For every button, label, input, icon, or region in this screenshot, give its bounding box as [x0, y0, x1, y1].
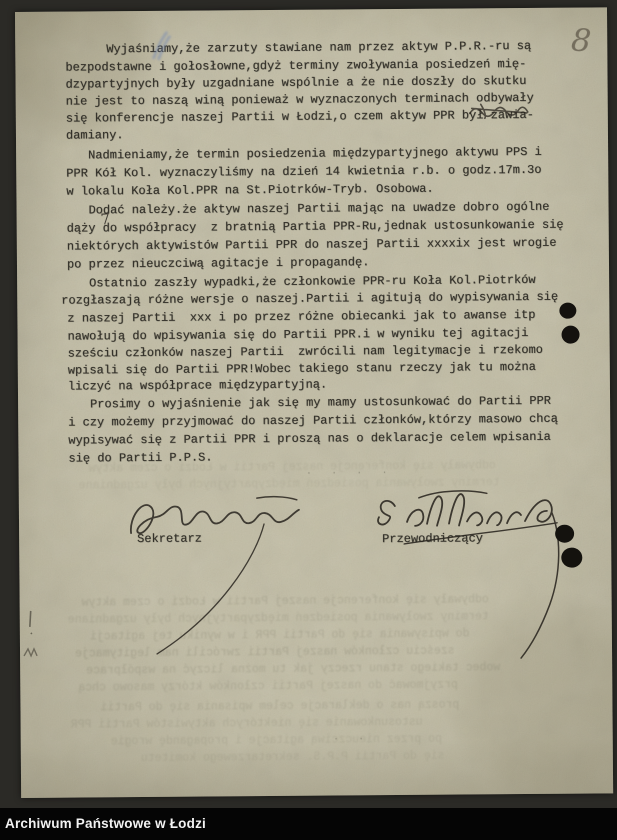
document-page: odbywały się konferencje naszej Partii w…: [15, 7, 613, 798]
bleedthrough-line: ustosunkowanie się niektórych aktywistów…: [71, 716, 423, 732]
hole-punch-dot: [559, 303, 576, 319]
archive-scan-background: odbywały się konferencje naszej Partii w…: [0, 0, 617, 840]
typed-line: z naszej Partii xxx i po przez różne obi…: [67, 308, 535, 326]
margin-pencil-mark: [25, 609, 41, 639]
hole-punch-dot: [561, 326, 579, 344]
handwritten-page-number: 8: [570, 22, 607, 61]
margin-pencil-mark: [22, 646, 40, 660]
archive-name-label: Archiwum Państwowe w Łodzi: [5, 816, 206, 831]
blue-pencil-mark: [146, 29, 174, 63]
handwritten-correction-seven: 7: [100, 210, 111, 229]
faint-dots-row: . . . .: [306, 465, 394, 478]
typed-line: się do Partii P.P.S.: [68, 450, 212, 465]
chairman-role-label: Przewodniczący: [382, 531, 483, 546]
signature-secretary-handwriting: [109, 486, 320, 678]
bleedthrough-line: po przez nieuczciwą agitacje i propagand…: [111, 733, 442, 749]
typed-line: sześciu członków naszej Partii zwrócili …: [68, 343, 543, 361]
bleedthrough-text: odbywały się konferencje naszej Partii w…: [15, 7, 607, 12]
typed-line: liczyć na współprace międzypartyjną.: [68, 378, 327, 394]
faint-dots-row: . .: [333, 731, 371, 743]
secretary-role-label: Sekretarz: [137, 532, 202, 547]
handwritten-overstrike-mark: [467, 100, 533, 121]
typed-line: Ostatnio zaszły wypadki,że członkowie PP…: [89, 273, 536, 291]
typed-line: niektórych aktywistów Partii PPR do nasz…: [67, 236, 557, 254]
typed-line: PPR Kół Kol. wyznaczyliśmy na dzień 14 k…: [66, 163, 541, 181]
typed-line: nawołują do wpisywania się do Partii PPR…: [67, 326, 528, 344]
signature-chairman-handwriting: [349, 480, 601, 682]
typed-line: wypisywać się z Partii PPR i proszą nas …: [68, 430, 551, 448]
typed-line: i czy możemy przyjmować do naszej Partii…: [68, 412, 558, 430]
typed-line: Nadmieniamy,że termin posiedzenia między…: [88, 145, 542, 163]
typed-line: się konferencje naszej Partii w Łodzi,o …: [66, 108, 534, 126]
hole-punch-dot: [555, 525, 574, 543]
typed-line: po przez nieuczciwą agitacje i propagand…: [67, 255, 370, 271]
typed-line: nie jest to naszą winą ponieważ w wyznac…: [66, 91, 534, 109]
typed-line: wpisali się do Partii PPR!Wobec takiego …: [68, 360, 536, 378]
typed-line: Prosimy o wyjaśnienie jak się my mamy us…: [90, 394, 551, 412]
typed-line: dąży do współpracy z bratnią Partia PPR-…: [67, 218, 564, 236]
typed-line: bezpodstawne i gołosłowne,gdyż terminy z…: [65, 57, 526, 75]
typed-line: dzypartyjnych były uzgadniane wspólnie a…: [66, 74, 527, 92]
bleedthrough-line: się do Partii P.P.S. sekretarzewego komi…: [141, 750, 445, 765]
archive-footer-bar: Archiwum Państwowe w Łodzi: [0, 808, 617, 840]
typed-line: w lokalu Koła Kol.PPR na St.Piotrków-Try…: [66, 182, 433, 199]
typed-line: Dodać należy.że aktyw naszej Partii mają…: [89, 200, 550, 218]
typed-line: rozgłaszają różne wersje o naszej.Partii…: [61, 290, 558, 308]
bleedthrough-line: proszą nas o deklaracje celem wpisania s…: [100, 699, 459, 715]
typed-line: damiany.: [66, 128, 124, 142]
hole-punch-dot: [561, 548, 582, 568]
